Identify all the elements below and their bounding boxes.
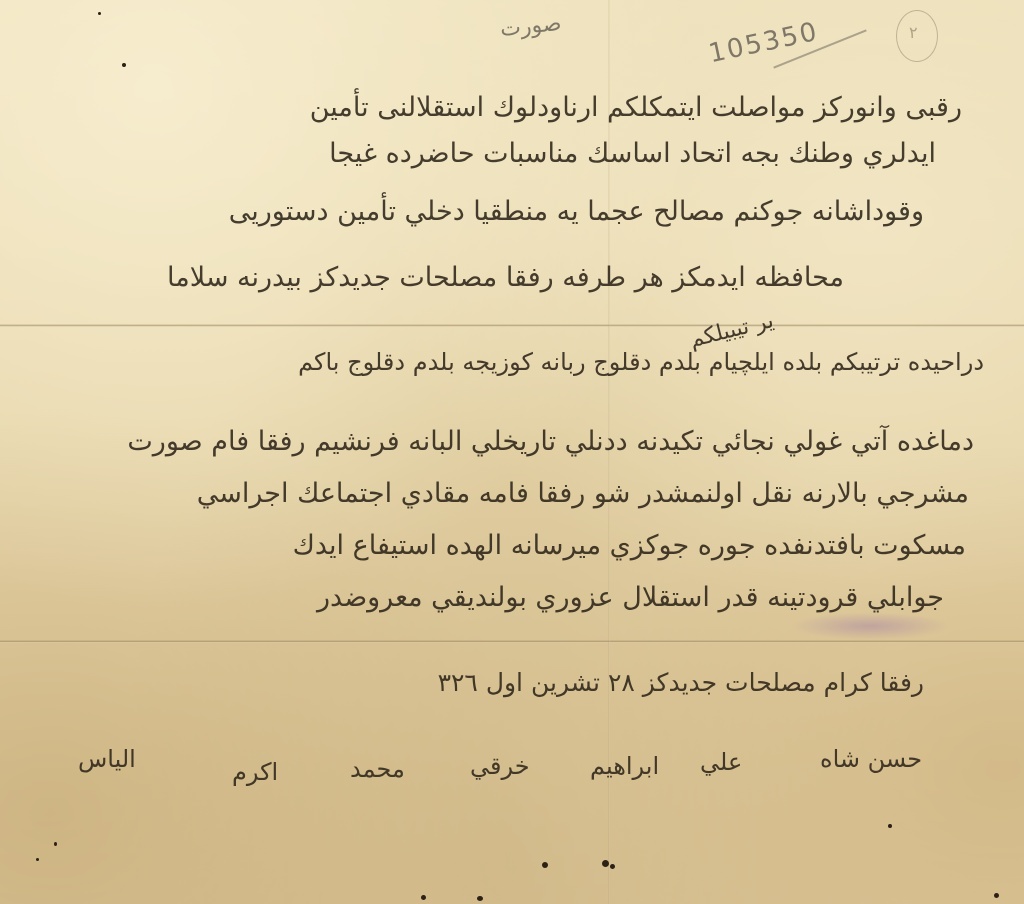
signature-4: خرقي bbox=[470, 752, 530, 780]
document-page: صورت 105350 ٢ رقبى وانوركز مواصلت ايتمكل… bbox=[0, 0, 1024, 904]
signature-5: محمد bbox=[350, 755, 405, 783]
closing-line: رفقا كرام مصلحات جديدكز ٢٨ تشرين اول ٣٢٦ bbox=[438, 668, 924, 697]
paper-speck bbox=[98, 12, 101, 15]
body-line-1: رقبى وانوركز مواصلت ايتمكلكم ارناودلوك ا… bbox=[310, 92, 962, 123]
archive-number: 105350 bbox=[706, 17, 821, 69]
signature-7: الياس bbox=[78, 745, 136, 773]
paper-speck bbox=[602, 860, 609, 867]
fold-line-lower bbox=[0, 640, 1024, 643]
paper-speck bbox=[477, 896, 483, 901]
signature-3: ابراهيم bbox=[590, 752, 659, 780]
body-line-2: ايدلري وطنك بجه اتحاد اساسك مناسبات حاضر… bbox=[329, 138, 936, 169]
signature-1: حسن شاه bbox=[820, 745, 922, 773]
paper-speck bbox=[888, 824, 892, 828]
paper-speck bbox=[421, 895, 426, 900]
circle-stamp-mark: ٢ bbox=[896, 10, 938, 62]
body-line-6: دراحيده ترتيبكم بلده ايلچيام بلدم دقلوج … bbox=[298, 348, 984, 376]
paper-speck bbox=[994, 893, 999, 898]
body-line-7: دماغده آتي غولي نجائي تكيدنه ددنلي تاريخ… bbox=[127, 426, 974, 457]
circle-stamp-text: ٢ bbox=[909, 23, 918, 42]
body-line-4: محافظه ايدمكز هر طرفه رفقا مصلحات جديدكز… bbox=[167, 262, 844, 293]
ink-stain bbox=[790, 612, 950, 640]
signature-2: علي bbox=[700, 748, 742, 776]
body-line-9: مسكوت بافتدنفده جوره جوكزي ميرسانه الهده… bbox=[293, 530, 966, 561]
paper-speck bbox=[122, 63, 126, 67]
fold-line-upper bbox=[0, 324, 1024, 327]
paper-speck bbox=[542, 862, 548, 868]
paper-speck bbox=[610, 864, 615, 869]
body-line-3: وقوداشانه جوكنم مصالح عجما يه منطقيا دخل… bbox=[229, 196, 924, 227]
paper-speck bbox=[36, 858, 39, 861]
paper-speck bbox=[54, 842, 57, 846]
suret-annotation: صورت bbox=[499, 11, 563, 42]
body-line-10: جوابلي قرودتينه قدر استقلال عزوري بولندي… bbox=[317, 582, 944, 613]
body-line-5: ير تيبيلكم bbox=[687, 308, 776, 353]
body-line-8: مشرجي بالارنه نقل اولنمشدر شو رفقا فامه … bbox=[197, 478, 969, 509]
signature-6: اكرم bbox=[232, 758, 278, 786]
